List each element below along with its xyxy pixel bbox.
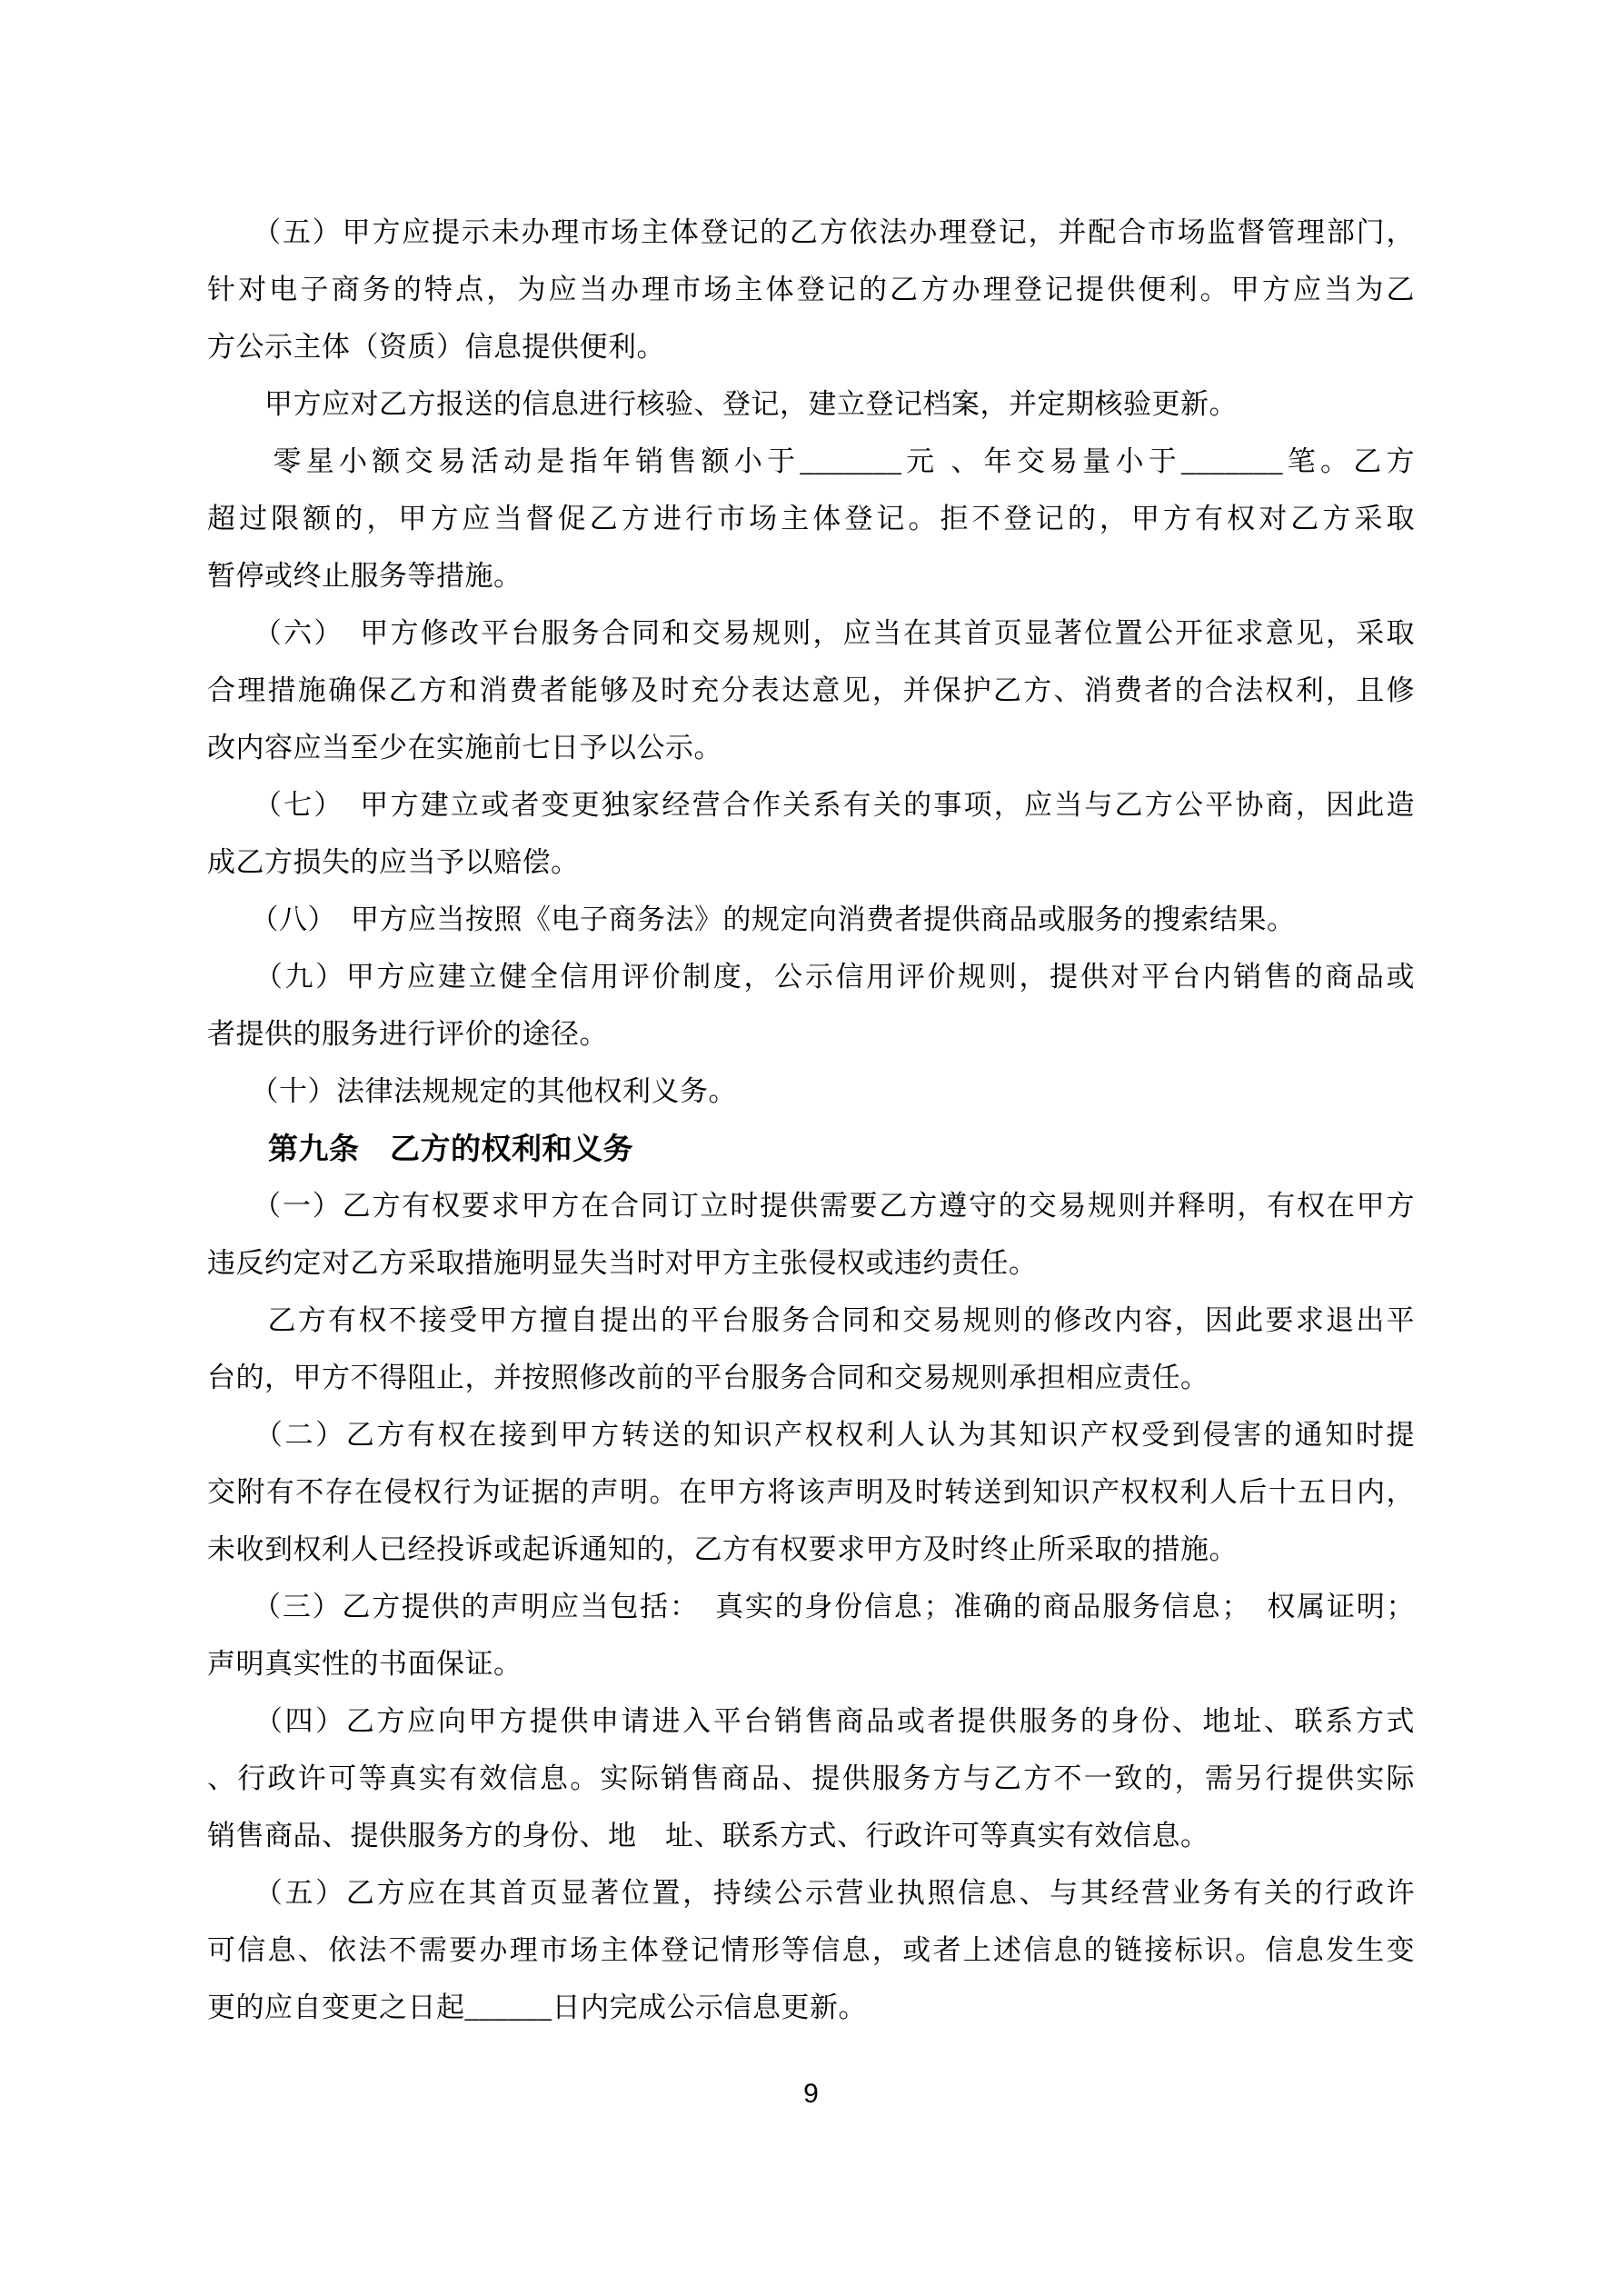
text-line: 违反约定对乙方采取措施明显失当时对甲方主张侵权或违约责任。 <box>207 1234 1415 1292</box>
text-line: （二）乙方有权在接到甲方转送的知识产权权利人认为其知识产权受到侵害的通知时提 <box>207 1406 1415 1463</box>
text-line: （五）乙方应在其首页显著位置，持续公示营业执照信息、与其经营业务有关的行政许 <box>207 1864 1415 1922</box>
text-line: 甲方应对乙方报送的信息进行核验、登记，建立登记档案，并定期核验更新。 <box>207 375 1415 433</box>
text-line: 成乙方损失的应当予以赔偿。 <box>207 834 1415 891</box>
text-line: 针对电子商务的特点，为应当办理市场主体登记的乙方办理登记提供便利。甲方应当为乙 <box>207 261 1415 318</box>
document-page: （五）甲方应提示未办理市场主体登记的乙方依法办理登记，并配合市场监督管理部门， … <box>0 0 1622 2296</box>
text-line: 、行政许可等真实有效信息。实际销售商品、提供服务方与乙方不一致的，需另行提供实际 <box>207 1750 1415 1807</box>
page-number: 9 <box>0 2076 1622 2112</box>
text-line: （四）乙方应向甲方提供申请进入平台销售商品或者提供服务的身份、地址、联系方式 <box>207 1692 1415 1750</box>
text-line-with-blank: 更的应自变更之日起______日内完成公示信息更新。 <box>207 1979 1415 2036</box>
text-line-with-blank: 零星小额交易活动是指年销售额小于_______元 、年交易量小于_______笔… <box>207 433 1415 490</box>
text-line: 合理措施确保乙方和消费者能够及时充分表达意见，并保护乙方、消费者的合法权利，且修 <box>207 662 1415 719</box>
text-line: 声明真实性的书面保证。 <box>207 1635 1415 1692</box>
text-line: 暂停或终止服务等措施。 <box>207 547 1415 604</box>
text-line: 乙方有权不接受甲方擅自提出的平台服务合同和交易规则的修改内容，因此要求退出平 <box>207 1292 1415 1349</box>
text-line: 交附有不存在侵权行为证据的声明。在甲方将该声明及时转送到知识产权权利人后十五日内… <box>207 1463 1415 1521</box>
text-line: 台的，甲方不得阻止，并按照修改前的平台服务合同和交易规则承担相应责任。 <box>207 1349 1415 1406</box>
text-line: （五）甲方应提示未办理市场主体登记的乙方依法办理登记，并配合市场监督管理部门， <box>207 204 1415 261</box>
text-line: 方公示主体（资质）信息提供便利。 <box>207 318 1415 375</box>
text-line: （九）甲方应建立健全信用评价制度，公示信用评价规则，提供对平台内销售的商品或 <box>207 948 1415 1005</box>
text-line: （一）乙方有权要求甲方在合同订立时提供需要乙方遵守的交易规则并释明，有权在甲方 <box>207 1177 1415 1234</box>
text-line: （七） 甲方建立或者变更独家经营合作关系有关的事项，应当与乙方公平协商，因此造 <box>207 776 1415 834</box>
text-line: （三）乙方提供的声明应当包括： 真实的身份信息；准确的商品服务信息； 权属证明； <box>207 1578 1415 1635</box>
text-line: 可信息、依法不需要办理市场主体登记情形等信息，或者上述信息的链接标识。信息发生变 <box>207 1922 1415 1979</box>
text-line: 超过限额的，甲方应当督促乙方进行市场主体登记。拒不登记的，甲方有权对乙方采取 <box>207 490 1415 547</box>
text-line: 未收到权利人已经投诉或起诉通知的，乙方有权要求甲方及时终止所采取的措施。 <box>207 1521 1415 1578</box>
text-line: （八） 甲方应当按照《电子商务法》的规定向消费者提供商品或服务的搜索结果。 <box>207 891 1415 948</box>
text-line: （六） 甲方修改平台服务合同和交易规则，应当在其首页显著位置公开征求意见，采取 <box>207 604 1415 662</box>
text-line: 者提供的服务进行评价的途径。 <box>207 1005 1415 1063</box>
text-line: 销售商品、提供服务方的身份、地 址、联系方式、行政许可等真实有效信息。 <box>207 1807 1415 1864</box>
text-line: 改内容应当至少在实施前七日予以公示。 <box>207 719 1415 776</box>
text-line: （十）法律法规规定的其他权利义务。 <box>207 1063 1415 1120</box>
section-heading: 第九条 乙方的权利和义务 <box>207 1120 1415 1177</box>
